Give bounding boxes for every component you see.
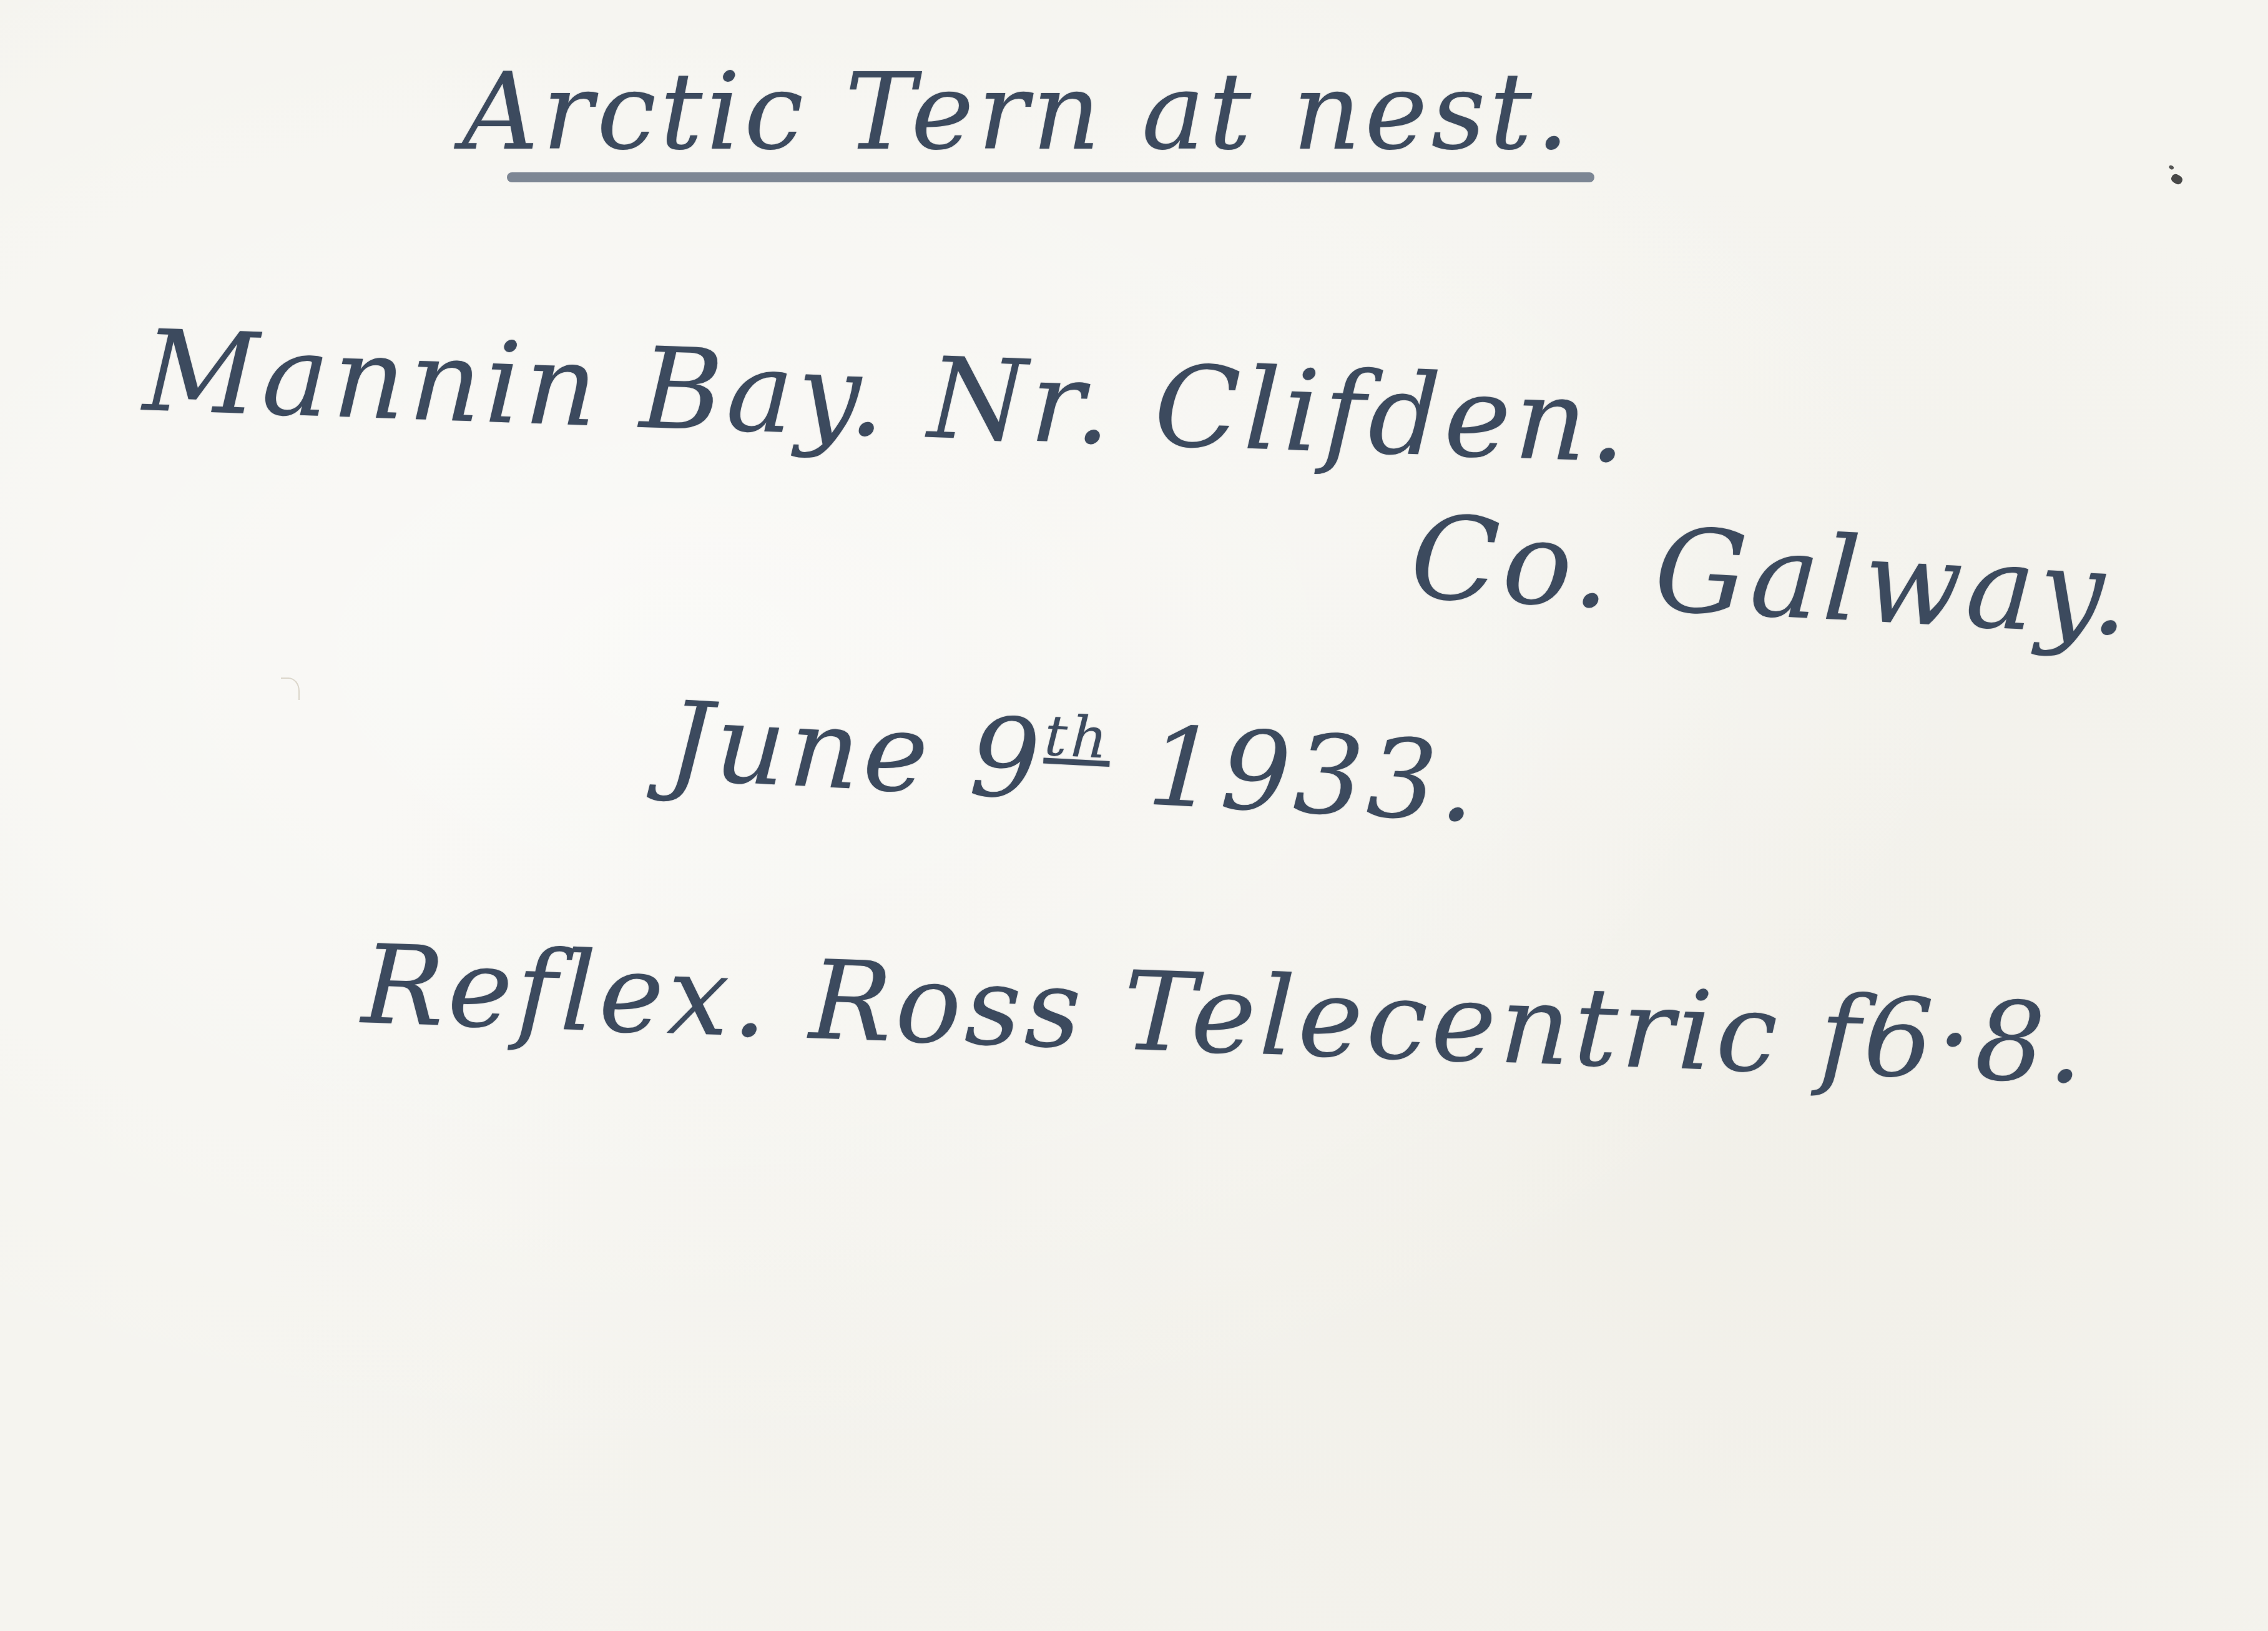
- location-line: Mannin Bay. Nr. Clifden.: [142, 315, 1632, 480]
- handwritten-card: Arctic Tern at nest. Mannin Bay. Nr. Cli…: [0, 0, 2268, 1631]
- card-title: Arctic Tern at nest.: [462, 59, 1573, 165]
- date-month-day: June 9: [665, 678, 1047, 824]
- ink-speck-mark: [2170, 172, 2184, 185]
- date-line: June 9th 1933.: [665, 687, 1481, 839]
- paper-fiber-mark: [281, 678, 300, 700]
- date-ordinal-suffix: th: [1043, 703, 1112, 772]
- title-underline: [507, 172, 1594, 182]
- county-line: Co. Galway.: [1408, 500, 2136, 653]
- camera-details-line: Reflex. Ross Telecentric f6·8.: [360, 930, 2089, 1100]
- date-year: 1933.: [1145, 703, 1483, 847]
